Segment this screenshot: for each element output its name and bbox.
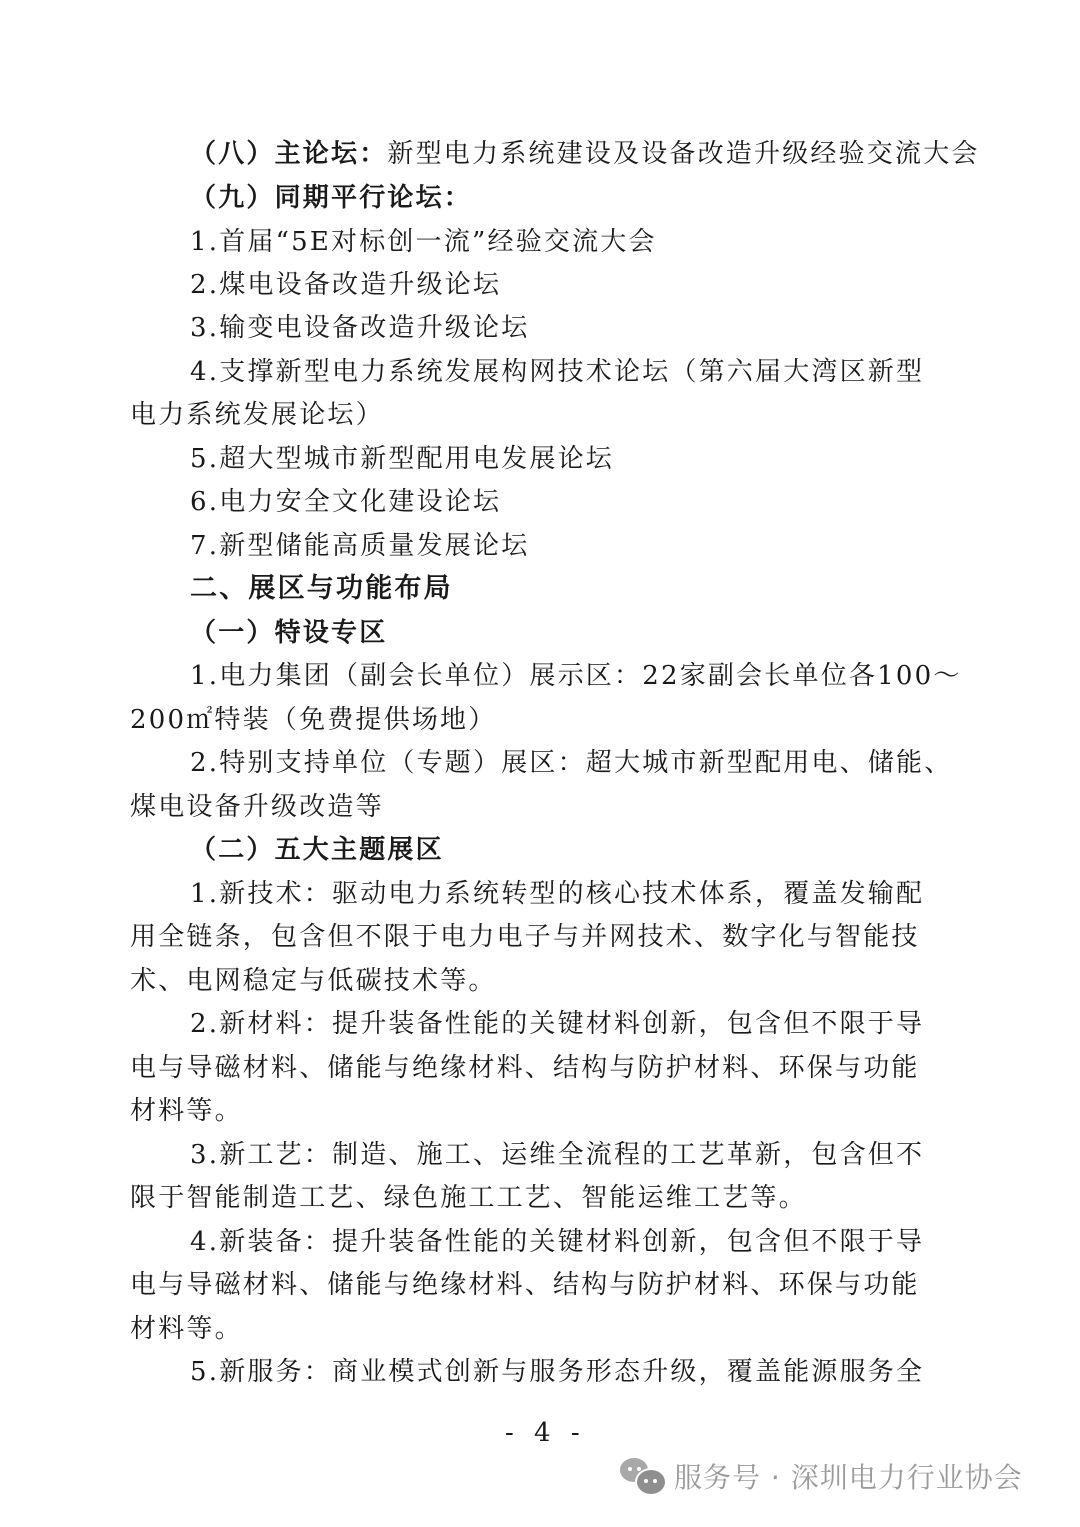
paragraph-line: 200㎡特装（免费提供场地） [130, 698, 496, 742]
paragraph-line: 4.新装备：提升装备性能的关键材料创新，包含但不限于导 [190, 1220, 924, 1264]
paragraph-line: 电与导磁材料、储能与绝缘材料、结构与防护材料、环保与功能 [130, 1046, 920, 1090]
section-heading-special-zone: （一）特设专区 [190, 611, 387, 655]
paragraph-line: 材料等。 [130, 1307, 243, 1351]
text-line-1: （八）主论坛：新型电力系统建设及设备改造升级经验交流大会 [190, 132, 980, 176]
paragraph-line: 限于智能制造工艺、绿色施工工艺、智能运维工艺等。 [130, 1176, 807, 1220]
list-item: 4.支撑新型电力系统发展构网技术论坛（第六届大湾区新型 [190, 350, 924, 394]
paragraph-line: 电与导磁材料、储能与绝缘材料、结构与防护材料、环保与功能 [130, 1263, 920, 1307]
list-item: 5.超大型城市新型配用电发展论坛 [190, 437, 614, 481]
watermark: 服务号 · 深圳电力行业协会 [620, 1456, 1023, 1496]
paragraph-line: 1.新技术：驱动电力系统转型的核心技术体系，覆盖发输配 [190, 872, 924, 916]
chapter-heading: 二、展区与功能布局 [190, 567, 453, 611]
list-item: 2.煤电设备改造升级论坛 [190, 263, 501, 307]
list-item: 7.新型储能高质量发展论坛 [190, 524, 529, 568]
list-item-continuation: 电力系统发展论坛） [130, 393, 384, 437]
paragraph-line: 5.新服务：商业模式创新与服务形态升级，覆盖能源服务全 [190, 1350, 924, 1394]
paragraph-line: 1.电力集团（副会长单位）展示区：22家副会长单位各100～ [190, 654, 962, 698]
wechat-icon [620, 1458, 666, 1494]
section-label-main-forum: （八）主论坛： [190, 139, 387, 169]
main-forum-title: 新型电力系统建设及设备改造升级经验交流大会 [387, 139, 979, 169]
paragraph-line: 2.特别支持单位（专题）展区：超大城市新型配用电、储能、 [190, 741, 952, 785]
page-number: - 4 - [505, 1418, 586, 1448]
paragraph-line: 术、电网稳定与低碳技术等。 [130, 959, 497, 1003]
watermark-text: 服务号 · 深圳电力行业协会 [674, 1456, 1023, 1496]
paragraph-line: 3.新工艺：制造、施工、运维全流程的工艺革新，包含但不 [190, 1133, 924, 1177]
section-heading-parallel-forums: （九）同期平行论坛： [190, 176, 472, 220]
paragraph-line: 煤电设备升级改造等 [130, 785, 384, 829]
paragraph-line: 用全链条，包含但不限于电力电子与并网技术、数字化与智能技 [130, 915, 920, 959]
document-page: （八）主论坛：新型电力系统建设及设备改造升级经验交流大会 （九）同期平行论坛： … [0, 0, 1080, 1527]
section-heading-theme-zones: （二）五大主题展区 [190, 828, 444, 872]
paragraph-line: 材料等。 [130, 1089, 243, 1133]
list-item: 1.首届“5E对标创一流”经验交流大会 [190, 220, 657, 264]
list-item: 6.电力安全文化建设论坛 [190, 480, 501, 524]
paragraph-line: 2.新材料：提升装备性能的关键材料创新，包含但不限于导 [190, 1002, 924, 1046]
list-item: 3.输变电设备改造升级论坛 [190, 306, 529, 350]
